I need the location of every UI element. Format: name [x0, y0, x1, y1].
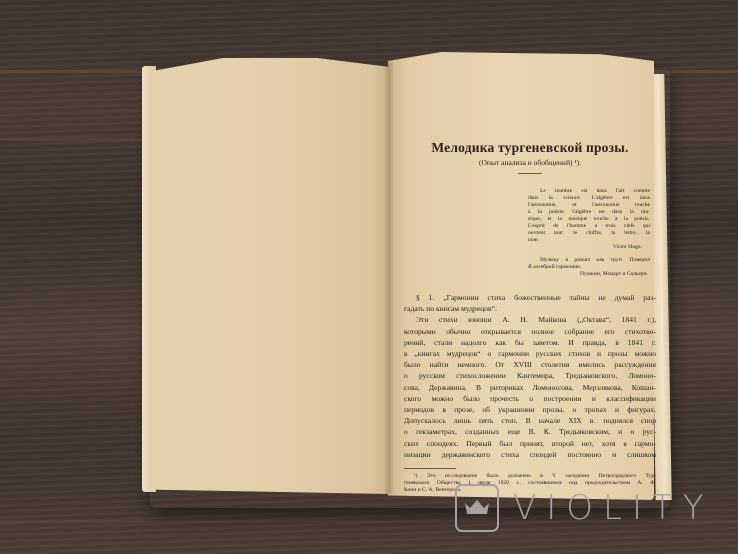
book-gutter	[384, 62, 394, 494]
text-line: dans la science. L'algèbre est dans	[528, 195, 650, 202]
chapter-title: Мелодика тургеневской прозы.	[404, 140, 656, 156]
text-line: Le nombre est dans l'art comme	[528, 188, 650, 195]
text-line: низации державинского стиха спондей пост…	[404, 449, 656, 460]
text-line: note.	[528, 237, 650, 244]
chapter-subtitle: (Опыт анализа и обобщений) ¹).	[404, 158, 656, 167]
text-line: было найти немного. От XVIII столетия им…	[404, 359, 656, 370]
text-line: à la poésie; l'algèbre est dans la mu-	[528, 209, 650, 216]
text-line: ского можно было прочесть о построении и…	[404, 393, 656, 404]
text-line: § 1. „Гармонии стиха божественные тайны …	[404, 292, 656, 303]
epigraph-french-author: Victor Hugo.	[528, 244, 650, 251]
watermark-text: VIOLITY	[513, 488, 714, 528]
epigraph-french: Le nombre est dans l'art commedans la sc…	[528, 188, 650, 251]
text-line: ouvrent tout: le chiffre, la lettre, la	[528, 230, 650, 237]
body-text: § 1. „Гармонии стиха божественные тайны …	[404, 292, 656, 460]
text-line: Я алгеброй гармонию.	[528, 264, 650, 271]
text-line: гадать по книгам мудрецов“.	[404, 303, 656, 314]
text-line: в „книгах мудрецов“ о гармонии русских с…	[404, 348, 656, 359]
text-line: Музыку я разъял как труп. Поверил	[528, 257, 650, 264]
text-line: ских спондеях. Первый был принят, второй…	[404, 438, 656, 449]
text-line: рений, стали надолго как бы заветом. И п…	[404, 337, 656, 348]
text-line: L'esprit de l'homme a trois clefs qui	[528, 223, 650, 230]
footnote-rule	[404, 468, 456, 469]
text-line: о русском стихосложении Кантемира, Тредь…	[404, 370, 656, 381]
watermark: VIOLITY	[455, 484, 714, 532]
epigraph-russian-author: Пушкин, Моцарт и Сальери.	[528, 271, 650, 278]
text-line: о гекзаметрах, созданных еще В. К. Тредь…	[404, 426, 656, 437]
crown-icon	[455, 484, 499, 532]
right-page-text: Мелодика тургеневской прозы. (Опыт анали…	[404, 140, 656, 494]
text-line: Допускалось лишь пять стоп. В начале XIX…	[404, 415, 656, 426]
text-line: сова, Державина. В риториках Ломоносова,…	[404, 382, 656, 393]
text-line: sique, et la musique touche à la poésie.	[528, 216, 650, 223]
title-rule	[518, 173, 542, 174]
text-line: ¹) Это исследование было доложено в V за…	[404, 473, 656, 480]
text-line: периодов в прозе, об украшении прозы, о …	[404, 404, 656, 415]
text-line: l'astronomie, et l'astronomie touche	[528, 202, 650, 209]
left-page	[152, 58, 388, 494]
epigraph-russian: Музыку я разъял как труп. ПоверилЯ алгеб…	[528, 257, 650, 278]
text-line: которыми обычно открывается полное собра…	[404, 326, 656, 337]
text-line: Эти стихи юноши А. Н. Майкова („Октава“,…	[404, 314, 656, 325]
